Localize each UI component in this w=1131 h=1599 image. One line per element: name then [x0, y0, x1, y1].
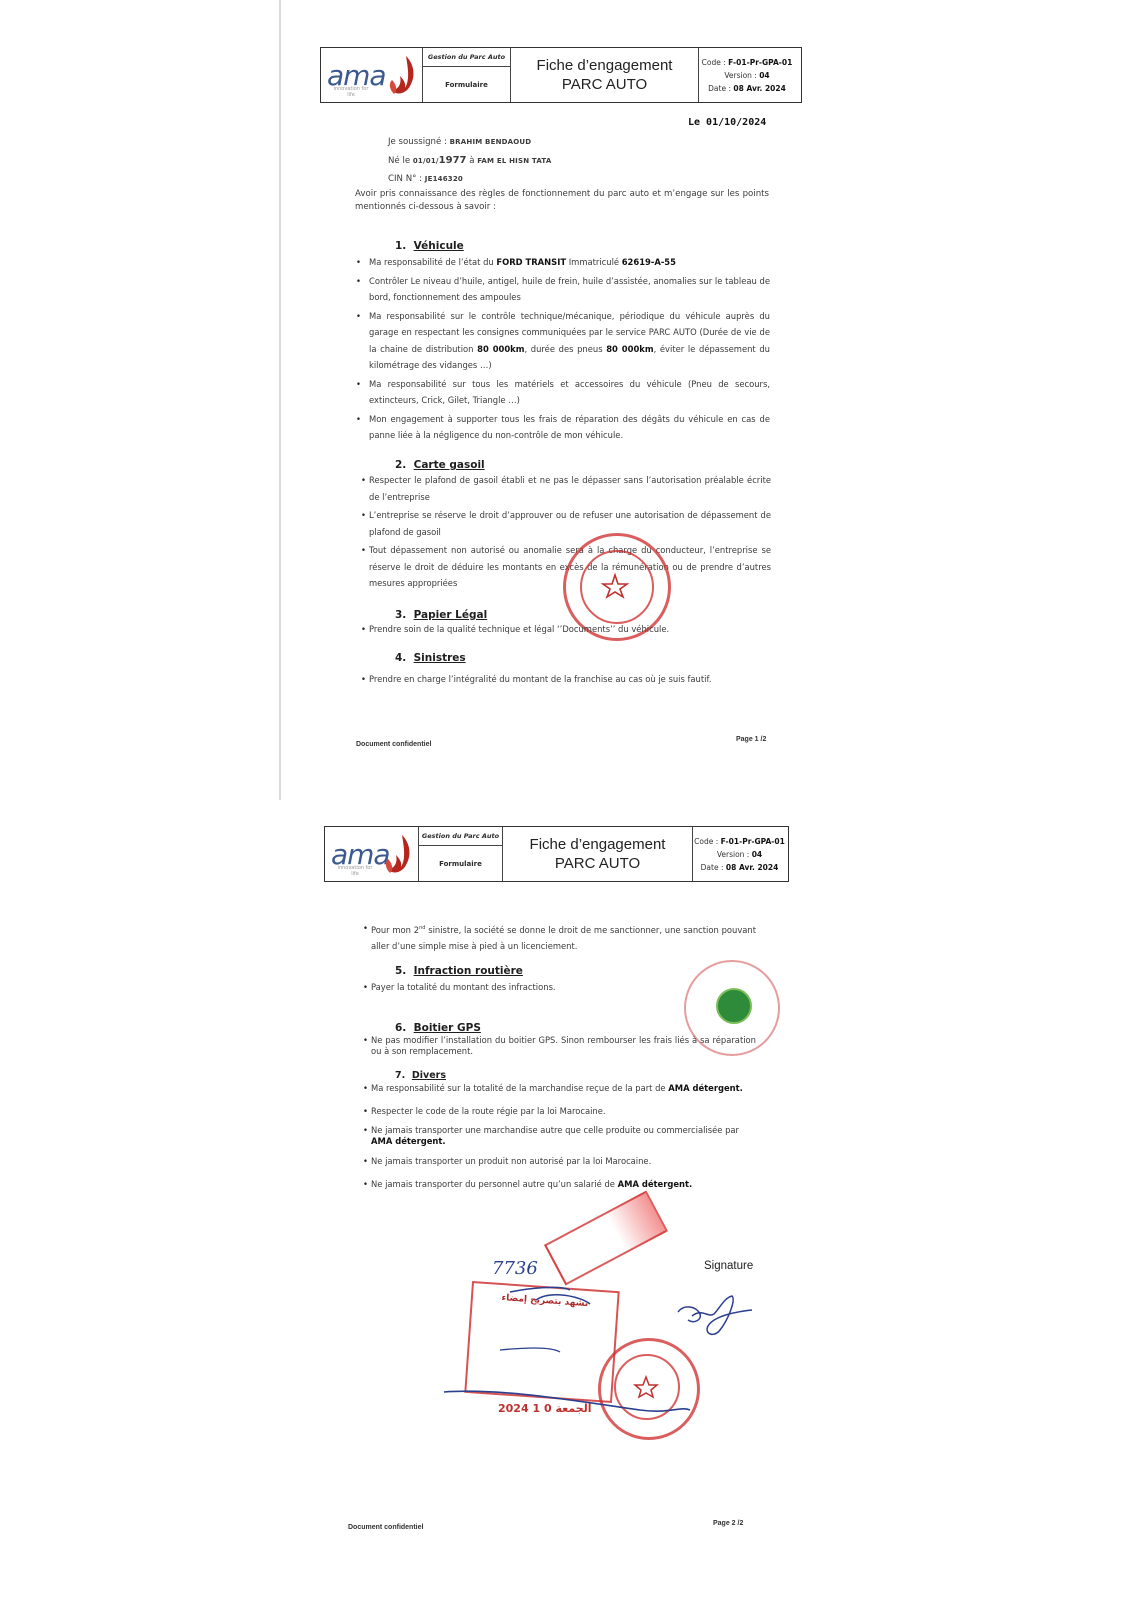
code-label: Code :	[694, 837, 718, 846]
cin-line: CIN N° : JE146320	[388, 171, 463, 188]
list-item: Ne jamais transporter une marchandise au…	[363, 1125, 761, 1147]
birth-at: à	[469, 156, 474, 166]
brand-tagline: innovation for life	[335, 865, 375, 877]
birth-place: FAM EL HISN TATA	[477, 157, 551, 165]
list-item: Ma responsabilité sur le contrôle techni…	[355, 308, 770, 374]
document-code-block: Code : F-01-Pr-GPA-01 Version : 04 Date …	[693, 827, 786, 881]
list-item: Ne jamais transporter du personnel autre…	[363, 1176, 761, 1193]
code-value: F-01-Pr-GPA-01	[721, 837, 785, 846]
section-title: Carte gasoil	[414, 459, 485, 471]
list-item: Prendre soin de la qualité technique et …	[361, 621, 771, 638]
flame-logo-icon	[384, 833, 412, 875]
title-line-1: Fiche d’engagement	[537, 56, 673, 75]
date-label: Date :	[701, 863, 724, 872]
footer-confidential: Document confidentiel	[356, 741, 431, 748]
header-category: Gestion du Parc Auto	[423, 48, 510, 67]
section-1-heading: 1. Véhicule	[395, 240, 464, 252]
version-value: 04	[752, 850, 762, 859]
footer-page-number: Page 1 /2	[736, 736, 766, 743]
list-item: Respecter le code de la route régie par …	[363, 1103, 761, 1120]
section-title: Boitier GPS	[414, 1022, 481, 1034]
cin-value: JE146320	[425, 175, 463, 183]
header-form-type: Formulaire	[423, 67, 510, 102]
brand-tagline: innovation for life	[331, 86, 371, 98]
document-header: ama innovation for life Gestion du Parc …	[320, 47, 802, 103]
section-3-heading: 3. Papier Légal	[395, 609, 487, 621]
document-header: ama innovation for life Gestion du Parc …	[324, 826, 789, 882]
list-item: Mon engagement à supporter tous les frai…	[355, 411, 770, 444]
company-logo: ama innovation for life	[325, 827, 419, 881]
date-value: 08 Avr. 2024	[733, 84, 785, 93]
signee-line: Je soussigné : BRAHIM BENDAOUD	[388, 134, 531, 151]
document-title: Fiche d’engagement PARC AUTO	[511, 48, 699, 102]
birth-line: Né le 01/01/1977 à FAM EL HISN TATA	[388, 152, 551, 170]
section-5-heading: 5. Infraction routière	[395, 965, 523, 977]
section-6-list: Ne pas modifier l’installation du boitie…	[363, 1035, 756, 1059]
signee-label: Je soussigné :	[388, 137, 447, 147]
page-1: ama innovation for life Gestion du Parc …	[0, 0, 1131, 790]
document-code-block: Code : F-01-Pr-GPA-01 Version : 04 Date …	[699, 48, 795, 102]
code-value: F-01-Pr-GPA-01	[728, 58, 792, 67]
header-form-type: Formulaire	[419, 846, 502, 881]
list-item: Ma responsabilité de l’état du FORD TRAN…	[355, 254, 770, 271]
section-title: Papier Légal	[414, 609, 488, 621]
section-1-list: Ma responsabilité de l’état du FORD TRAN…	[355, 254, 770, 446]
list-item: Ma responsabilité sur tous les matériels…	[355, 376, 770, 409]
continued-list: Pour mon 2nd sinistre, la société se don…	[363, 920, 756, 957]
list-item: Contrôler Le niveau d’huile, antigel, hu…	[355, 273, 770, 306]
star-icon	[602, 574, 628, 598]
title-line-2: PARC AUTO	[555, 854, 640, 873]
green-seal-icon	[716, 988, 752, 1024]
intro-paragraph: Avoir pris connaissance des règles de fo…	[355, 188, 769, 214]
document-title: Fiche d’engagement PARC AUTO	[503, 827, 693, 881]
version-label: Version :	[717, 850, 750, 859]
title-line-1: Fiche d’engagement	[530, 835, 666, 854]
date-label: Date :	[708, 84, 731, 93]
section-3-list: Prendre soin de la qualité technique et …	[361, 621, 771, 640]
page-2: ama innovation for life Gestion du Parc …	[0, 790, 1131, 1599]
birth-date: 01/01/	[413, 157, 439, 165]
section-6-heading: 6. Boitier GPS	[395, 1022, 481, 1034]
footer-page-number: Page 2 /2	[713, 1520, 743, 1527]
version-label: Version :	[724, 71, 757, 80]
title-line-2: PARC AUTO	[562, 75, 647, 94]
birth-year: 1977	[439, 155, 467, 166]
section-title: Véhicule	[414, 240, 464, 252]
header-category: Gestion du Parc Auto	[419, 827, 502, 846]
signature-label: Signature	[704, 1260, 753, 1272]
cin-label: CIN N° :	[388, 174, 422, 184]
code-label: Code :	[702, 58, 726, 67]
section-title: Sinistres	[414, 652, 466, 664]
list-item: Ma responsabilité sur la totalité de la …	[363, 1080, 761, 1097]
signee-name: BRAHIM BENDAOUD	[450, 138, 532, 146]
list-item: Pour mon 2nd sinistre, la société se don…	[363, 920, 756, 955]
birth-label: Né le	[388, 156, 410, 166]
handwritten-strokes	[440, 1260, 770, 1460]
list-item: L’entreprise se réserve le droit d’appro…	[361, 507, 771, 540]
flame-logo-icon	[388, 54, 416, 96]
company-logo: ama innovation for life	[321, 48, 423, 102]
document-date: Le 01/10/2024	[688, 114, 766, 131]
signature-mark	[674, 1294, 754, 1340]
list-item: Respecter le plafond de gasoil établi et…	[361, 472, 771, 505]
list-item: Ne jamais transporter un produit non aut…	[363, 1153, 761, 1170]
version-value: 04	[759, 71, 769, 80]
section-4-heading: 4. Sinistres	[395, 652, 466, 664]
section-title: Infraction routière	[414, 965, 523, 977]
section-7-list: Ma responsabilité sur la totalité de la …	[363, 1080, 761, 1194]
list-item: Prendre en charge l’intégralité du monta…	[361, 671, 771, 688]
footer-confidential: Document confidentiel	[348, 1524, 423, 1531]
section-2-heading: 2. Carte gasoil	[395, 459, 485, 471]
section-4-list: Prendre en charge l’intégralité du monta…	[361, 671, 771, 690]
date-value: 08 Avr. 2024	[726, 863, 778, 872]
list-item: Ne pas modifier l’installation du boitie…	[363, 1035, 756, 1057]
